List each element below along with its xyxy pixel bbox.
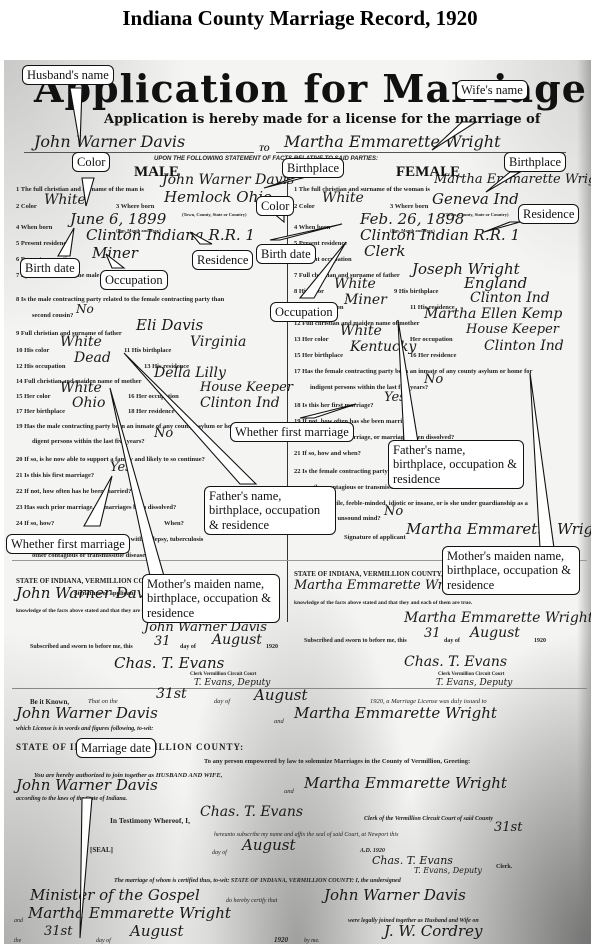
license-and: and <box>274 718 284 725</box>
callout-male-color: Color <box>72 152 110 172</box>
callout-male-occupation: Occupation <box>100 270 168 290</box>
callout-female-birth-date: Birth date <box>256 244 316 264</box>
callout-male-birth-date: Birth date <box>20 258 80 278</box>
male-label-8: 8 Is the male contracting party related … <box>16 296 224 303</box>
testimony-clerk-of: Clerk of the Vermillion Circuit Court of… <box>364 816 493 822</box>
male-label-21: 21 Is this his first marriage? <box>16 472 94 479</box>
seal-day-of: day of <box>212 850 227 856</box>
female-signature: Martha Emmarette Wright <box>406 520 591 538</box>
license-day: 31st <box>156 686 187 702</box>
male-sworn-month: August <box>212 632 262 648</box>
female-label-17b: indigent persons within the last five ye… <box>310 384 428 391</box>
male-label-3-note: (Town, County, State or Country) <box>182 212 247 217</box>
male-label-18: 18 Her residence <box>128 408 174 415</box>
which-license-line: which License is in words and figures fo… <box>16 726 153 732</box>
female-sworn-signature: Martha Emmarette Wright <box>404 610 591 626</box>
female-signature-label: Signature of applicant <box>344 534 406 541</box>
certificate-day-of: day of <box>96 938 111 944</box>
male-inmate: No <box>154 426 173 441</box>
certificate-certify: do hereby certify that <box>226 898 277 904</box>
female-mother-birthplace: Kentucky <box>350 339 416 355</box>
seal-day: 31st <box>494 820 522 835</box>
female-state-line: STATE OF INDIANA, VERMILLION COUNTY, <box>294 570 443 578</box>
license-deputy: T. Evans, Deputy <box>414 866 482 875</box>
female-father-residence: Clinton Ind <box>470 290 550 306</box>
license-authorized-and: and <box>284 788 294 795</box>
male-first-marriage: Yes <box>110 460 132 475</box>
officiant-title: Minister of the Gospel <box>30 886 200 904</box>
male-father-color: White <box>60 334 102 350</box>
male-father-birthplace: Virginia <box>190 334 246 350</box>
female-mother-color: White <box>340 323 382 339</box>
female-full-name: Martha Emmarette Wright <box>434 172 591 187</box>
female-label-14: Her occupation <box>410 336 453 343</box>
callout-husband-name: Husband's name <box>22 65 114 85</box>
male-label-17: 17 Her birthplace <box>16 408 65 415</box>
certificate-bride: Martha Emmarette Wright <box>28 904 231 922</box>
certificate-groom: John Warner Davis <box>324 886 466 904</box>
license-month: August <box>254 686 307 704</box>
license-wife: Martha Emmarette Wright <box>294 704 497 722</box>
wife-name: Martha Emmarette Wright <box>284 132 501 151</box>
male-occupation: Miner <box>92 244 138 262</box>
male-clerk-title: Clerk Vermillion Circuit Court <box>190 672 256 677</box>
female-father-color: White <box>334 276 376 292</box>
callout-female-color: Color <box>256 196 294 216</box>
callout-male-first-marriage: Whether first marriage <box>6 534 130 554</box>
license-authorized-husband: John Warner Davis <box>16 776 158 794</box>
certificate-month: August <box>130 922 183 940</box>
male-mother-color: White <box>60 380 102 396</box>
male-label-10: 10 His color <box>16 347 49 354</box>
certificate-year: 1920 <box>274 936 288 944</box>
male-mother-occupation: House Keeper <box>200 380 293 395</box>
male-label-19: 19 Has the male contracting party been a… <box>16 423 258 430</box>
female-sworn-year: 1920 <box>534 638 546 644</box>
female-label-13: 13 Her color <box>294 336 329 343</box>
male-residence: Clinton Indiana R.R. 1 <box>86 226 255 244</box>
callout-male-father: Father's name, birthplace, occupation & … <box>204 486 336 535</box>
husband-name: John Warner Davis <box>34 132 185 151</box>
female-label-9: 9 His birthplace <box>394 288 438 295</box>
certificate-the: the <box>14 938 21 944</box>
callout-female-father: Father's name, birthplace, occupation & … <box>388 440 524 489</box>
female-sworn-text: Subscribed and sworn to before me, this <box>304 638 407 644</box>
male-affidavit-name: John Warner Davis <box>16 584 158 602</box>
callout-female-mother: Mother's maiden name, birthplace, occupa… <box>442 546 580 595</box>
female-deputy: T. Evans, Deputy <box>436 678 512 688</box>
male-mother-name: Della Lilly <box>154 365 226 381</box>
female-father-occupation: Miner <box>344 292 387 308</box>
female-label-15: 15 Her birthplace <box>294 352 343 359</box>
license-clerk-word: Clerk. <box>496 864 512 870</box>
male-label-23: 23 Has such prior marriage, or marriages… <box>16 504 176 511</box>
male-label-24: 24 If so, how? <box>16 520 54 527</box>
callout-female-residence: Residence <box>518 204 579 224</box>
statement-line: UPON THE FOLLOWING STATEMENT OF FACTS RE… <box>154 156 378 162</box>
callout-male-birthplace: Birthplace <box>282 158 344 178</box>
female-label-21: 21 If so, how and when? <box>294 450 361 457</box>
male-sworn-day-of: day of <box>180 644 196 650</box>
female-sworn-day: 31 <box>424 626 441 641</box>
female-sworn-day-of: day of <box>444 638 460 644</box>
male-label-15: 15 Her color <box>16 393 51 400</box>
male-label-2: 2 Color <box>16 203 37 210</box>
certificate-by-me: by me. <box>304 938 320 944</box>
male-related: No <box>76 302 94 316</box>
male-label-16: 16 Her occupation <box>128 393 179 400</box>
male-mother-residence: Clinton Ind <box>200 395 280 411</box>
callout-female-birthplace: Birthplace <box>504 152 566 172</box>
testimony-text: In Testimony Whereof, I, <box>110 816 190 825</box>
male-father-name: Eli Davis <box>136 316 203 334</box>
callout-female-first-marriage: Whether first marriage <box>230 422 354 442</box>
male-color: White <box>44 192 86 208</box>
license-greeting: To any person empowered by law to solemn… <box>204 758 470 765</box>
callout-wife-name: Wife's name <box>456 80 528 100</box>
license-day-of: day of <box>214 698 230 705</box>
officiant-signature: J. W. Cordrey <box>384 922 483 940</box>
male-sworn-year: 1920 <box>266 644 278 650</box>
form-subheading: Application is hereby made for a license… <box>104 112 540 127</box>
female-mother-name: Martha Ellen Kemp <box>424 306 562 322</box>
to-word: TO <box>259 144 270 153</box>
female-clerk-title: Clerk Vermillion Circuit Court <box>438 672 504 677</box>
female-occupation: Clerk <box>364 242 405 260</box>
female-knowledge-line: knowledge of the facts above stated and … <box>294 600 472 606</box>
male-label-11: 11 His birthplace <box>124 347 171 354</box>
license-according: according to the laws of the State of In… <box>16 796 127 802</box>
male-label-12: 12 His occupation <box>16 363 65 370</box>
female-unsound-mind: No <box>384 504 403 519</box>
female-label-18: 18 Is this her first marriage? <box>294 402 374 409</box>
testimony-clerk-name: Chas. T. Evans <box>200 804 303 820</box>
female-label-16: 16 Her residence <box>410 352 456 359</box>
female-mother-occupation: House Keeper <box>466 322 559 337</box>
male-knowledge-line: knowledge of the facts above stated and … <box>16 608 153 614</box>
certificate-and: and <box>14 918 23 924</box>
female-label-8: 8 His color <box>294 288 324 295</box>
female-label-4: 4 When born <box>294 224 330 231</box>
male-label-19b: digent persons within the last five year… <box>32 438 145 445</box>
seal-month: August <box>242 836 295 854</box>
female-color: White <box>322 190 364 206</box>
female-sworn-month: August <box>470 625 520 641</box>
callout-female-occupation: Occupation <box>270 302 338 322</box>
male-label-24b: When? <box>164 520 184 527</box>
female-clerk-signature: Chas. T. Evans <box>404 654 507 670</box>
license-authorized-wife: Martha Emmarette Wright <box>304 774 507 792</box>
male-label-3: 3 Where born <box>116 203 154 210</box>
female-mother-residence: Clinton Ind <box>484 338 564 354</box>
male-clerk-signature: Chas. T. Evans <box>114 654 224 672</box>
male-sworn-day: 31 <box>154 634 171 649</box>
seal-label: [SEAL] <box>90 846 113 854</box>
female-label-17: 17 Has the female contracting party been… <box>294 368 532 375</box>
callout-male-residence: Residence <box>192 250 253 270</box>
female-first-marriage: Yes <box>384 390 406 405</box>
female-label-3: 3 Where born <box>390 203 428 210</box>
name-rule-left <box>24 152 254 153</box>
male-label-8b: second cousin? <box>32 312 73 319</box>
male-label-22: 22 If not, how often has he been married… <box>16 488 131 495</box>
certificate-day: 31st <box>44 924 72 939</box>
callout-male-mother: Mother's maiden name, birthplace, occupa… <box>142 574 280 623</box>
female-birthplace: Geneva Ind <box>432 190 519 208</box>
male-full-name: John Warner Davis <box>162 172 294 188</box>
male-mother-birthplace: Ohio <box>72 395 105 411</box>
male-father-occupation: Dead <box>74 350 111 366</box>
female-inmate: No <box>424 372 443 387</box>
scan-edge-shadow <box>577 60 591 944</box>
male-label-5: 5 Present residence <box>16 240 69 247</box>
page-title: Indiana County Marriage Record, 1920 <box>0 6 600 31</box>
male-label-4: 4 When born <box>16 224 52 231</box>
certificate-intro: The marriage of whom is certified thus, … <box>114 878 401 884</box>
license-husband: John Warner Davis <box>16 704 158 722</box>
female-label-2: 2 Color <box>294 203 315 210</box>
callout-marriage-date: Marriage date <box>76 738 156 758</box>
male-sworn-text: Subscribed and sworn to before me, this <box>30 644 133 650</box>
